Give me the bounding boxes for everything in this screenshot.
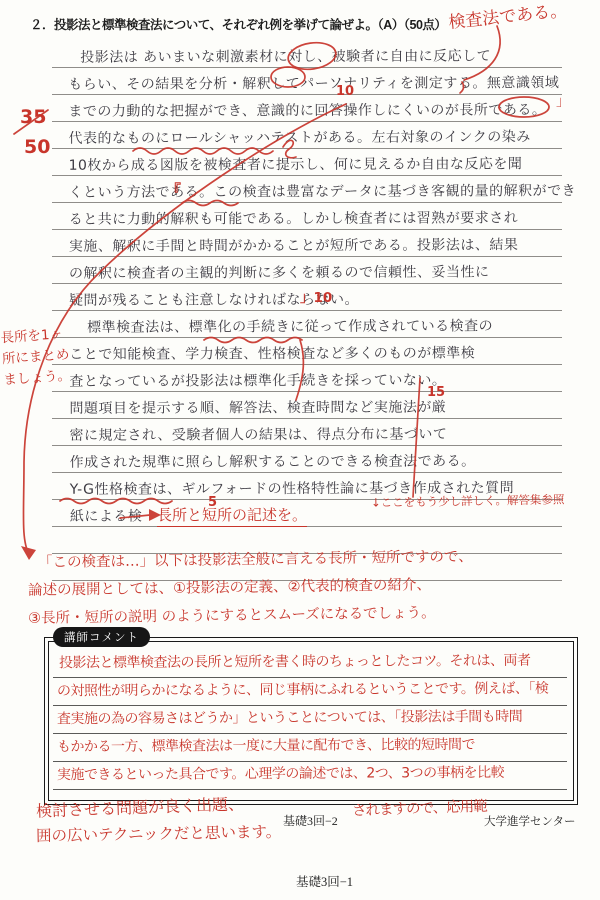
comment-line: もかかる一方、標準検査法は一度に大量に配布でき、比較的短時間で [57,734,475,756]
comment-line: 査実施の為の容易さはどうか」ということについては、「投影法は手間も時間 [57,706,522,728]
comment-overflow-line-3: 囲の広いテクニックだと思います。 [36,820,282,846]
vertical-section-stroke [413,378,420,497]
arrow-note-stroke [120,515,150,518]
page-ref-top: 基礎3回−2 [283,812,338,829]
wavy-underline-yg [60,499,172,504]
page-ref-bottom: 基礎3回−1 [296,872,353,890]
wavy-underline-kono-kensa [182,201,238,206]
tail-stroke-tetsuzuki [296,340,303,400]
circle-ti [271,67,305,87]
circle-chousho [499,97,549,117]
score-slash-stroke [14,110,48,134]
arrow-note-head [149,509,161,521]
big-check-arrowhead [21,546,36,560]
big-check-stroke [23,104,346,554]
wavy-underline-tetsuzuki [204,338,302,343]
wavy-underline-rorschach [133,148,273,154]
swirl-mark-rorschach [283,140,296,157]
organization-name: 大学進学センター [484,813,576,829]
comment-line: の対照性が明らかになるように、同じ事柄にふれるということです。例えば、「検 [57,678,548,701]
instructor-comment-label: 講師コメント [53,627,150,647]
instructor-comment-box: 講師コメント 投影法と標準検査法の長所と短所を書く時のちょっとしたコツ。それは、… [44,637,578,805]
comment-line: 実施できるといった具合です。心理学の論述では、2つ、3つの事柄を比較 [57,762,504,784]
comment-line: 投影法と標準検査法の長所と短所を書く時のちょっとしたコツ。それは、両者 [59,650,531,672]
exam-answer-sheet: ２．投影法と標準検査法について、それぞれ例を挙げて論ぜよ。（A）（50点） 投影… [0,0,600,900]
insertion-connector-stroke [460,26,500,93]
